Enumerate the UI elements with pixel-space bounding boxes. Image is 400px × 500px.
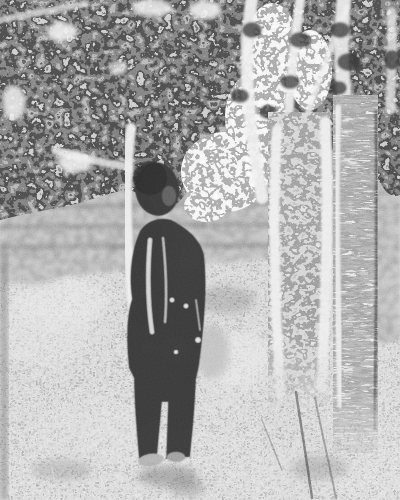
photo-frame: A coarse, high-contrast halftone photo. … (0, 0, 400, 500)
photo-scene (0, 0, 400, 500)
film-grain (0, 0, 400, 500)
